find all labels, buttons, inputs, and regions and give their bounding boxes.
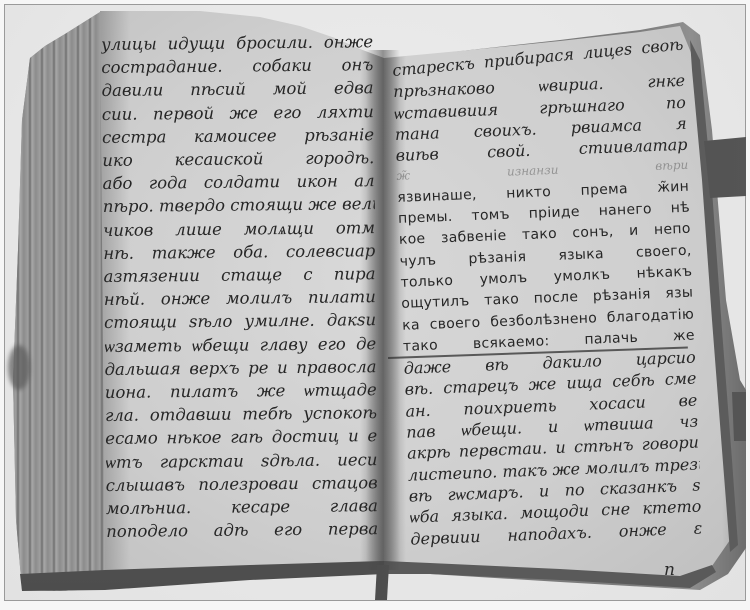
manuscript-line: гла. отдавши тебѣ успокоѣ bbox=[105, 401, 377, 427]
manuscript-line: иона. пилатъ же ѡтщаде bbox=[105, 378, 377, 404]
page-stain bbox=[8, 345, 30, 390]
manuscript-line: сестра камоисее рѣзанiе bbox=[102, 123, 374, 149]
manuscript-line: нѣй. онже молилъ пилати bbox=[104, 285, 376, 311]
manuscript-line: або года солдати икон ал bbox=[102, 169, 374, 195]
manuscript-line: ѡтъ гарсктаи ѕдѣла. иеси bbox=[105, 448, 377, 474]
manuscript-line: азтязении стаще с пира bbox=[103, 262, 375, 288]
manuscript-line: стоящи ѕѣло умилне. дакѕи bbox=[104, 309, 376, 335]
left-page-text: улицы идущи бросили. онже сострадание. с… bbox=[101, 30, 378, 543]
manuscript-line: молѣниа. кесаре глава bbox=[106, 494, 378, 520]
manuscript-line: ѡзаметь ѡбещи главу его де bbox=[104, 332, 376, 358]
manuscript-line: пѣро. твердо стоящи же вели bbox=[103, 193, 375, 219]
manuscript-line: поподело адѣ его перва bbox=[106, 517, 378, 543]
manuscript-line: дальшая верхъ ре и правосла bbox=[104, 355, 376, 381]
manuscript-line: слышавъ полезроваи стацов bbox=[106, 471, 378, 497]
manuscript-line: сострадание. собаки онъ bbox=[101, 53, 373, 79]
quire-mark: п bbox=[664, 560, 675, 580]
manuscript-line: улицы идущи бросили. онже bbox=[101, 30, 373, 56]
manuscript-line: давили пѣсий мой едва bbox=[101, 77, 373, 103]
manuscript-line: ико кесаиской городѣ. bbox=[102, 146, 374, 172]
manuscript-line: сии. первой же его ляхти bbox=[102, 100, 374, 126]
right-page-text: старескъ прибирася лицеѕ своѣ прѣзнаково… bbox=[392, 49, 703, 550]
manuscript-line: чиков лише молѧщи отм bbox=[103, 216, 375, 242]
manuscript-line: есамо нѣкое гаѣ достиц и е bbox=[105, 425, 377, 451]
manuscript-line: нѣ. также оба. солевсиар bbox=[103, 239, 375, 265]
